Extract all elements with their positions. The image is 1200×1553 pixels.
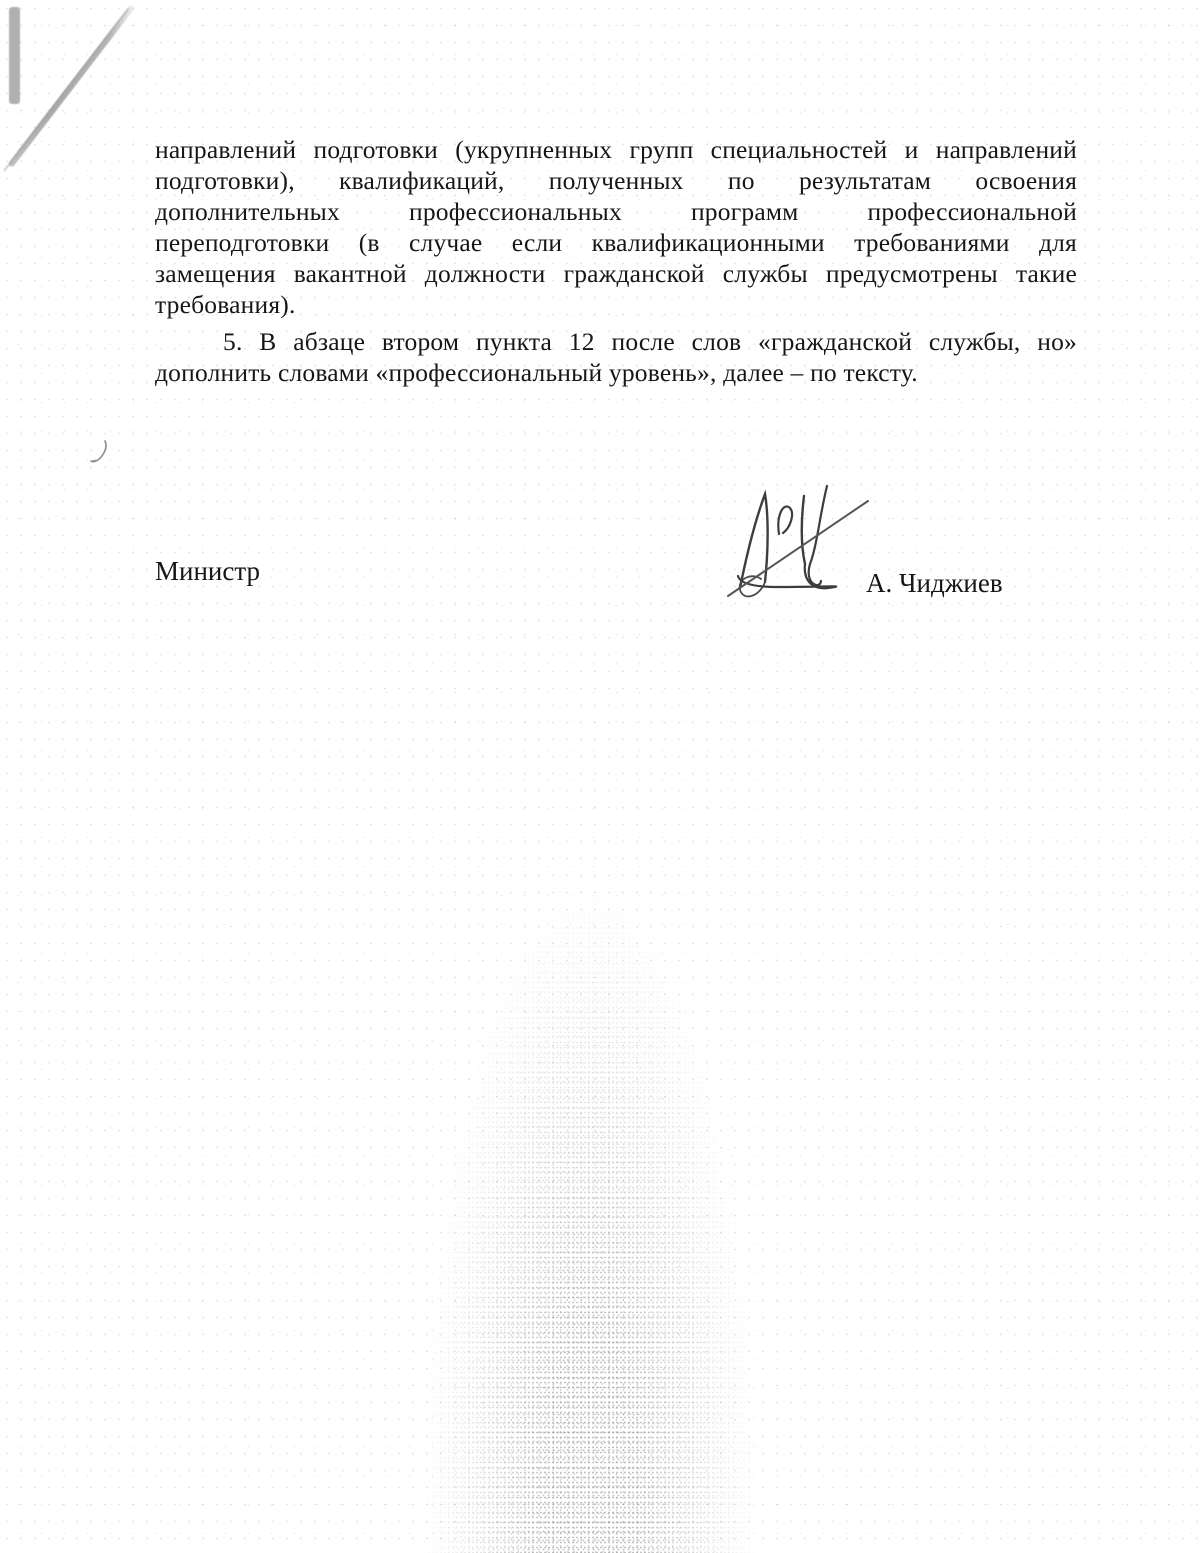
text-line: дополнить словами «профессиональный уров… (155, 357, 1077, 388)
signature-name: А. Чиджиев (866, 568, 1003, 599)
scan-noise-band (415, 640, 765, 1553)
scan-edge-artifact (9, 7, 20, 104)
body-paragraph-1: направлений подготовки (укрупненных груп… (155, 134, 1077, 320)
text-line: замещения вакантной должности гражданско… (155, 258, 1077, 289)
pen-mark-icon (88, 438, 114, 466)
signature-scribble (708, 466, 876, 618)
text-line: требования). (155, 289, 1077, 320)
text-line: 5. В абзаце втором пункта 12 после слов … (155, 326, 1077, 357)
scan-crease-artifact (8, 4, 136, 168)
minister-title: Министр (155, 556, 260, 587)
document-body: направлений подготовки (укрупненных груп… (155, 134, 1077, 388)
scanned-document-page: направлений подготовки (укрупненных груп… (0, 0, 1200, 1553)
text-line: переподготовки (в случае если квалификац… (155, 227, 1077, 258)
text-line: направлений подготовки (укрупненных груп… (155, 134, 1077, 165)
text-line: дополнительных профессиональных программ… (155, 196, 1077, 227)
body-paragraph-2: 5. В абзаце втором пункта 12 после слов … (155, 326, 1077, 388)
scan-crease-artifact-thin (3, 8, 129, 172)
text-line: подготовки), квалификаций, полученных по… (155, 165, 1077, 196)
